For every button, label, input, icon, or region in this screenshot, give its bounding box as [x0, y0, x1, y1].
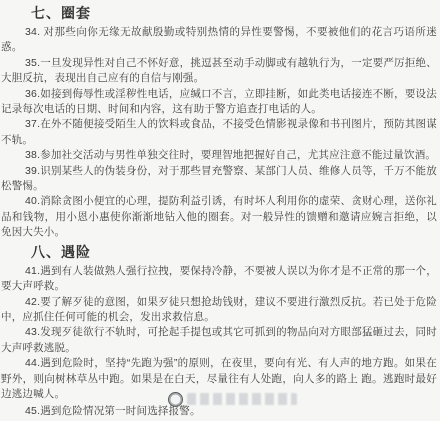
item-paragraph-39: 39.识别某些人的伪装身份，对于那些冒充警察、某部门人员、维修人员等，千万不能放…: [1, 164, 437, 195]
section-heading-traps: 七、圈套: [31, 4, 437, 22]
item-paragraph-43: 43.发现歹徒欲行不轨时，可抡起手提包或其它可抓到的物品向对方眼部猛砸过去，同时…: [1, 325, 437, 356]
item-paragraph-37: 37.在外不随便接受陌生人的饮料或食品，不接受色情影视录像和书刊图片，预防其图谋…: [1, 117, 437, 148]
item-paragraph-36: 36.如接到侮辱性或淫秽性电话，应缄口不言，立即挂断，如此类电话接连不断，要设法…: [1, 87, 437, 118]
item-text: 45.遇到危险情况第一时间选择报警。: [25, 405, 201, 417]
item-paragraph-42: 42.要了解歹徒的意图，如果歹徒只想抢劫钱财，建议不要进行激烈反抗。若已处于危险…: [1, 295, 437, 326]
item-paragraph-38: 38.参加社交活动与男性单独交往时，要理智地把握好自己，尤其应注意不能过量饮酒。: [1, 148, 437, 163]
item-paragraph-40: 40.消除贪图小便宜的心理，提防利益引诱，有时坏人利用你的虚荣、贪财心理，送你礼…: [1, 194, 437, 240]
watermark-logo-icon: [187, 393, 297, 405]
item-paragraph-35: 35.一旦发现异性对自己不怀好意，挑逗甚至动手动脚或有越轨行为，一定要严厉拒绝、…: [1, 56, 437, 87]
item-paragraph-45: 45.遇到危险情况第一时间选择报警。: [1, 402, 437, 419]
item-paragraph-41: 41.遇到有人装做熟人强行拉拽，要保持冷静，不要被人误以为你才是不正常的那一个，…: [1, 264, 437, 295]
document-page: 七、圈套 34. 对那些向你无缘无故献殷勤或特别热情的异性要警惕，不要被他们的花…: [0, 0, 438, 419]
section-heading-danger: 八、遇险: [31, 243, 437, 261]
item-paragraph-34: 34. 对那些向你无缘无故献殷勤或特别热情的异性要警惕，不要被他们的花言巧语所迷…: [1, 25, 437, 56]
sticker-badge-icon: [168, 392, 183, 407]
